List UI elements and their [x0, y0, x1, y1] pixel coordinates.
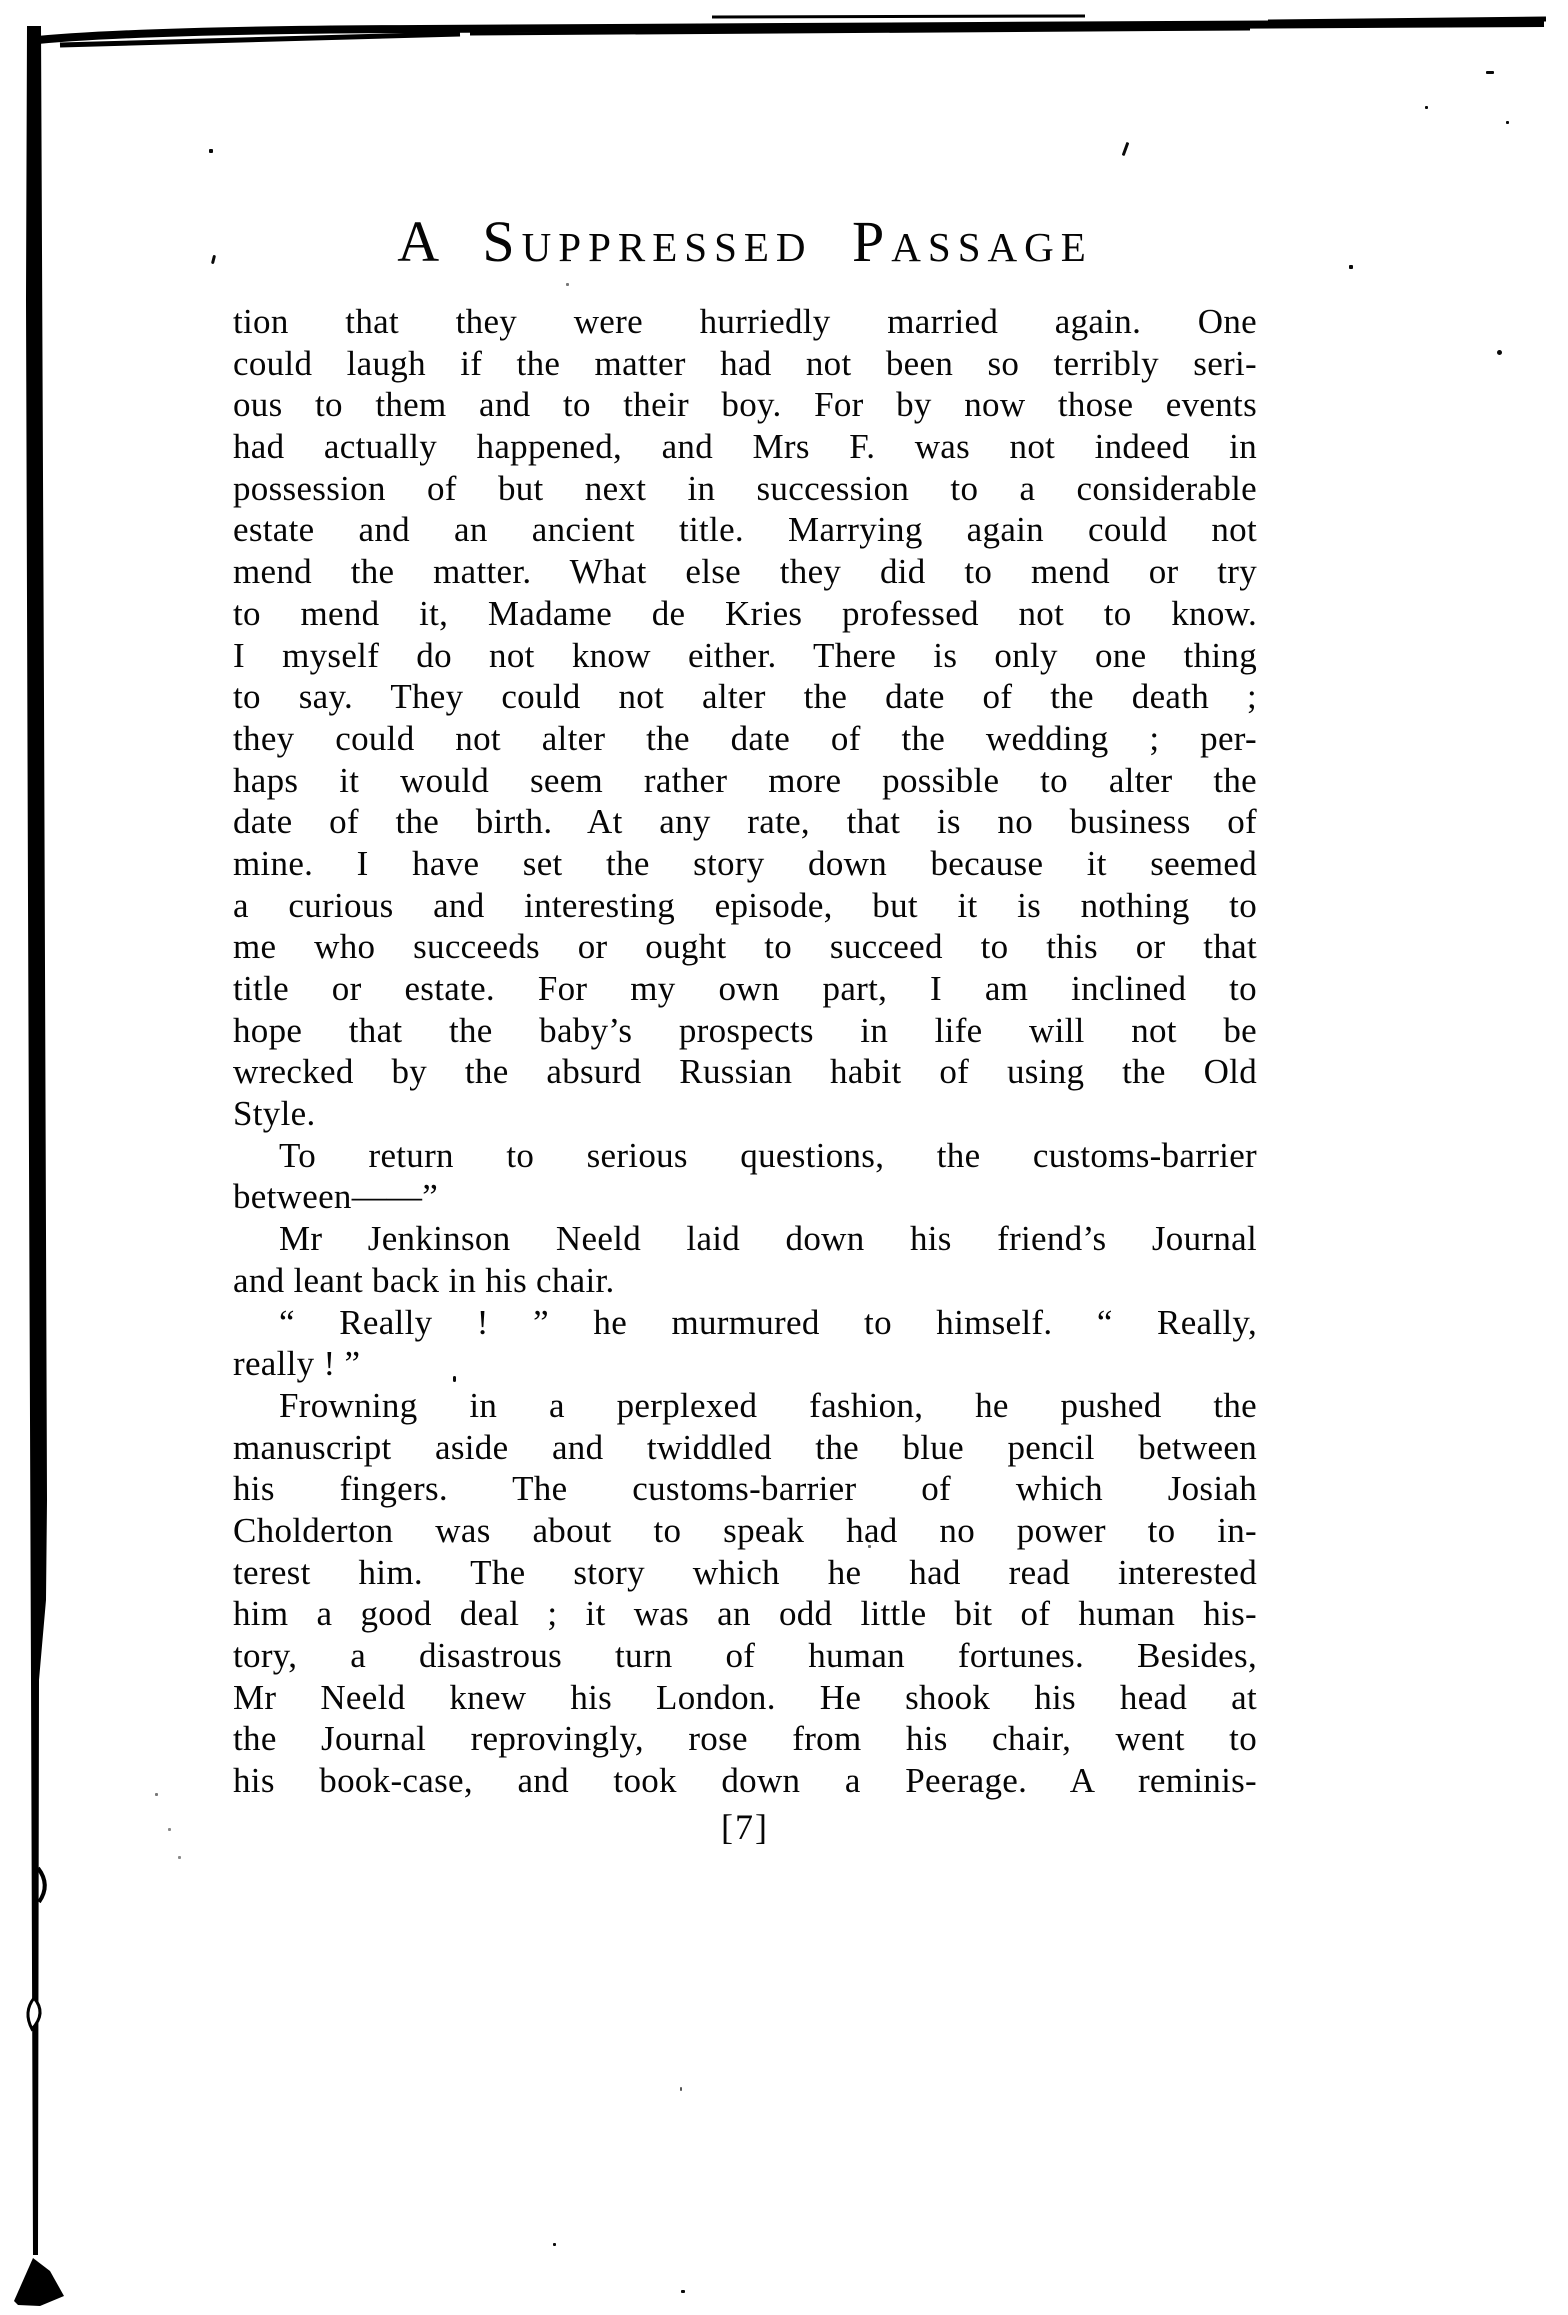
scan-speck [155, 1793, 158, 1796]
scan-speck [680, 2087, 682, 2091]
scan-corner-blob [14, 2258, 64, 2306]
text-line: and leant back in his chair. [233, 1260, 1257, 1302]
scan-speck [566, 283, 569, 286]
text-line: his book-case, and took down a Peerage. … [233, 1760, 1257, 1802]
scanned-book-page: A Suppressed Passage tion that they were… [0, 0, 1568, 2315]
scan-loop-mark [38, 1868, 45, 1902]
page-number: [7] [233, 1806, 1257, 1848]
text-line: the Journal reprovingly, rose from his c… [233, 1718, 1257, 1760]
text-line: ous to them and to their boy. For by now… [233, 384, 1257, 426]
scan-speck [681, 2290, 685, 2293]
scan-speck [168, 1828, 171, 1831]
scan-speck [1506, 121, 1509, 124]
text-line: Frowning in a perplexed fashion, he push… [233, 1385, 1257, 1427]
text-line: Style. [233, 1093, 1257, 1135]
text-line: Mr Jenkinson Neeld laid down his friend’… [233, 1218, 1257, 1260]
text-line: to mend it, Madame de Kries professed no… [233, 593, 1257, 635]
text-line: him a good deal ; it was an odd little b… [233, 1593, 1257, 1635]
text-line: me who succeeds or ought to succeed to t… [233, 926, 1257, 968]
text-line: Mr Neeld knew his London. He shook his h… [233, 1677, 1257, 1719]
text-line: could laugh if the matter had not been s… [233, 343, 1257, 385]
text-line: mine. I have set the story down because … [233, 843, 1257, 885]
text-line: manuscript aside and twiddled the blue p… [233, 1427, 1257, 1469]
scan-speck [1425, 106, 1428, 109]
text-line: mend the matter. What else they did to m… [233, 551, 1257, 593]
text-line: between——” [233, 1176, 1257, 1218]
page-title: A Suppressed Passage [233, 213, 1257, 271]
text-line: really ! ” [233, 1343, 1257, 1385]
scan-speck [209, 149, 213, 153]
text-line: I myself do not know either. There is on… [233, 635, 1257, 677]
body-text: tion that they were hurriedly married ag… [233, 301, 1257, 1802]
scan-speck [453, 1376, 456, 1382]
text-line: Cholderton was about to speak had no pow… [233, 1510, 1257, 1552]
text-line: date of the birth. At any rate, that is … [233, 801, 1257, 843]
scan-speck [1349, 265, 1353, 269]
scan-speck [868, 1545, 871, 1548]
scan-speck [1497, 350, 1502, 355]
text-line: title or estate. For my own part, I am i… [233, 968, 1257, 1010]
scan-speck [178, 1856, 181, 1859]
text-line: a curious and interesting episode, but i… [233, 885, 1257, 927]
scan-speck [553, 2243, 556, 2246]
text-line: haps it would seem rather more possible … [233, 760, 1257, 802]
text-line: to say. They could not alter the date of… [233, 676, 1257, 718]
text-line: “ Really ! ” he murmured to himself. “ R… [233, 1302, 1257, 1344]
text-line: terest him. The story which he had read … [233, 1552, 1257, 1594]
text-line: his fingers. The customs-barrier of whic… [233, 1468, 1257, 1510]
text-line: they could not alter the date of the wed… [233, 718, 1257, 760]
text-line: had actually happened, and Mrs F. was no… [233, 426, 1257, 468]
text-line: estate and an ancient title. Marrying ag… [233, 509, 1257, 551]
text-line: possession of but next in succession to … [233, 468, 1257, 510]
scan-gutter-shadow [26, 26, 47, 2255]
text-line: To return to serious questions, the cust… [233, 1135, 1257, 1177]
scan-speck [1486, 71, 1494, 74]
text-line: hope that the baby’s prospects in life w… [233, 1010, 1257, 1052]
text-line: wrecked by the absurd Russian habit of u… [233, 1051, 1257, 1093]
text-line: tory, a disastrous turn of human fortune… [233, 1635, 1257, 1677]
text-line: tion that they were hurriedly married ag… [233, 301, 1257, 343]
